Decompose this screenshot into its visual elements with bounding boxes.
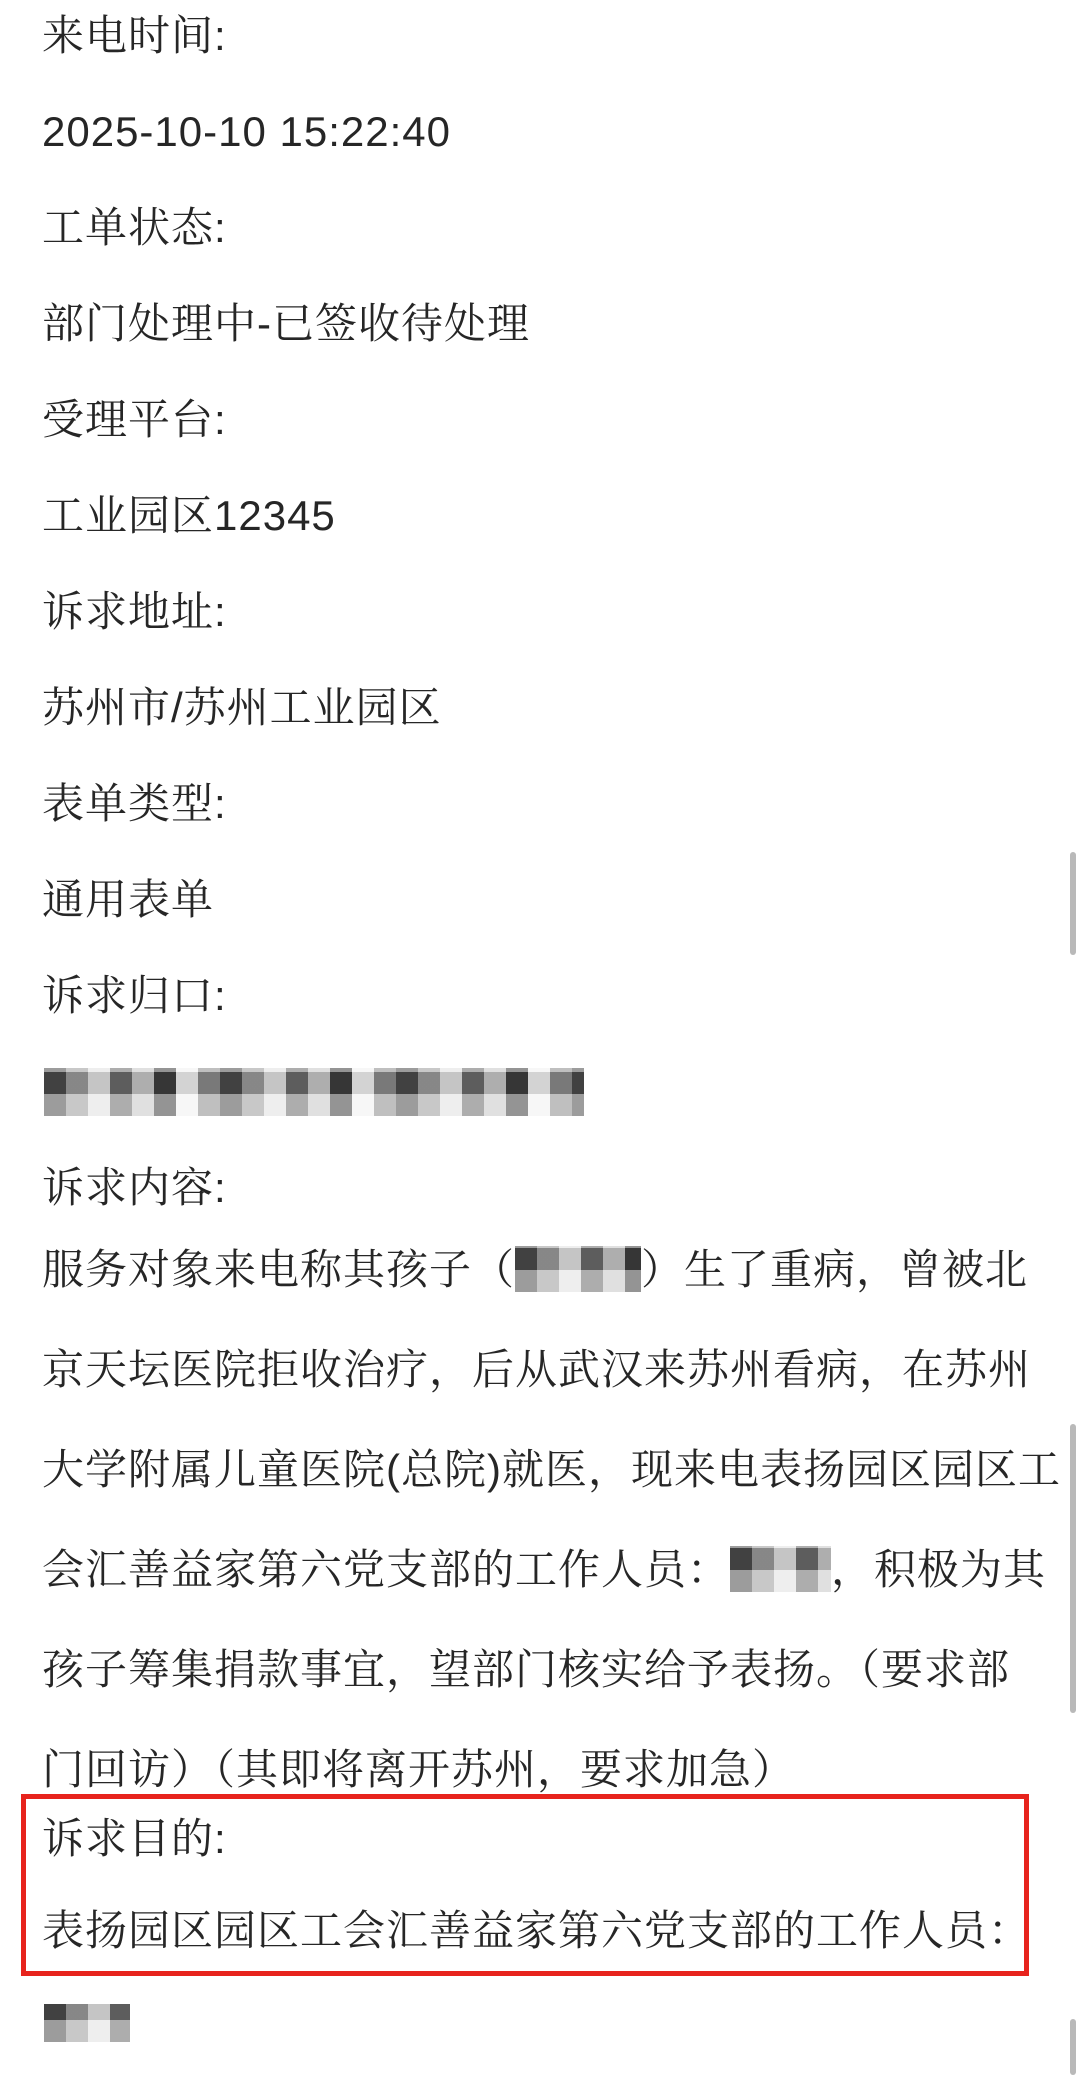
field-value-address: 苏州市/苏州工业园区 bbox=[42, 684, 1038, 732]
field-value-purpose: 表扬园区园区工会汇善益家第六党支部的工作人员： bbox=[42, 1907, 1008, 1955]
content-line4-before: 会汇善益家第六党支部的工作人员： bbox=[42, 1546, 730, 1593]
field-label-category: 诉求归口: bbox=[42, 972, 1038, 1020]
field-label-platform: 受理平台: bbox=[42, 396, 1038, 444]
field-value-call-time: 2025-10-10 15:22:40 bbox=[42, 108, 1038, 156]
field-label-form-type: 表单类型: bbox=[42, 780, 1038, 828]
field-label-address: 诉求地址: bbox=[42, 588, 1038, 636]
content-line1-before: 服务对象来电称其孩子（ bbox=[42, 1246, 515, 1293]
field-label-purpose: 诉求目的: bbox=[42, 1815, 1008, 1863]
appeal-content-text: 服务对象来电称其孩子（）生了重病，曾被北 京天坛医院拒收治疗，后从武汉来苏州看病… bbox=[42, 1220, 1038, 1820]
content-line2: 京天坛医院拒收治疗，后从武汉来苏州看病，在苏州 bbox=[42, 1346, 1031, 1393]
content-line6: 门回访）（其即将离开苏州，要求加急） bbox=[42, 1746, 795, 1793]
content-line3: 大学附属儿童医院(总院)就医，现来电表扬园区园区工 bbox=[42, 1446, 1061, 1493]
field-label-call-time: 来电时间: bbox=[42, 12, 1038, 60]
scrollbar-thumb-fragment-3[interactable] bbox=[1070, 2019, 1076, 2075]
redacted-category-value bbox=[44, 1068, 584, 1116]
redacted-staff-name bbox=[730, 1546, 831, 1592]
field-label-order-status: 工单状态: bbox=[42, 204, 1038, 252]
redacted-child-name bbox=[515, 1246, 641, 1292]
field-value-order-status: 部门处理中-已签收待处理 bbox=[42, 300, 1038, 348]
field-label-content: 诉求内容: bbox=[42, 1164, 1038, 1212]
redacted-staff-name-bottom bbox=[44, 2004, 130, 2042]
scrollbar-thumb-fragment-2[interactable] bbox=[1070, 1424, 1076, 1713]
content-line1-after: ）生了重病，曾被北 bbox=[641, 1246, 1028, 1293]
scrollbar-thumb-fragment-1[interactable] bbox=[1070, 852, 1076, 955]
content-line4-after: ，积极为其 bbox=[831, 1546, 1046, 1593]
field-value-platform: 工业园区12345 bbox=[42, 492, 1038, 540]
content-line5: 孩子筹集捐款事宜，望部门核实给予表扬。（要求部 bbox=[42, 1646, 1010, 1693]
work-order-detail-page: 来电时间: 2025-10-10 15:22:40 工单状态: 部门处理中-已签… bbox=[0, 0, 1080, 2042]
field-value-form-type: 通用表单 bbox=[42, 876, 1038, 924]
appeal-purpose-highlight-box: 诉求目的: 表扬园区园区工会汇善益家第六党支部的工作人员： bbox=[21, 1794, 1029, 1976]
